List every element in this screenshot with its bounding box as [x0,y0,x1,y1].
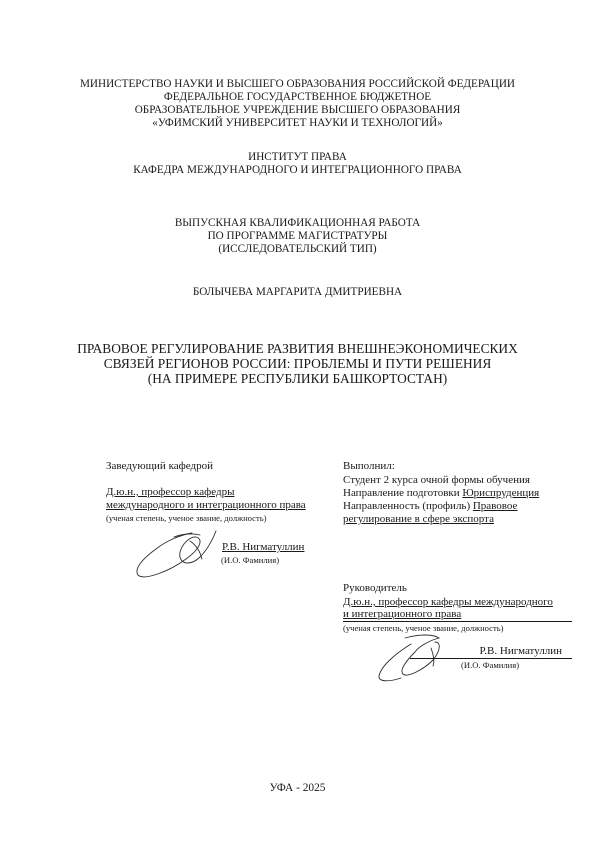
supervisor-name: Р.В. Нигматуллин [480,645,562,657]
ministry-line-3: ОБРАЗОВАТЕЛЬНОЕ УЧРЕЖДЕНИЕ ВЫСШЕГО ОБРАЗ… [0,104,595,117]
university-name: «УФИМСКИЙ УНИВЕРСИТЕТ НАУКИ И ТЕХНОЛОГИЙ… [0,117,595,130]
work-type-line-3: (ИССЛЕДОВАТЕЛЬСКИЙ ТИП) [0,243,595,256]
head-name: Р.В. Нигматуллин [222,541,304,553]
student-line: Студент 2 курса очной формы обучения [343,474,530,486]
profile-value-line-1: Правовое [473,500,518,512]
supervisor-name-line: Р.В. Нигматуллин [410,646,572,659]
supervisor-name-caption: (И.О. Фамилия) [461,660,519,670]
work-type-line-1: ВЫПУСКНАЯ КВАЛИФИКАЦИОННАЯ РАБОТА [0,217,595,230]
signature-icon [130,527,230,582]
department-name: КАФЕДРА МЕЖДУНАРОДНОГО И ИНТЕГРАЦИОННОГО… [0,164,595,177]
supervisor-position-line-2-text: и интеграционного права [343,608,461,620]
direction-label: Направление подготовки [343,487,460,499]
work-type-line-2: ПО ПРОГРАММЕ МАГИСТРАТУРЫ [0,230,595,243]
profile-value-line-2: регулирование в сфере экспорта [343,513,494,525]
profile-label: Направленность (профиль) [343,500,470,512]
ministry-line-2: ФЕДЕРАЛЬНОЕ ГОСУДАРСТВЕННОЕ БЮДЖЕТНОЕ [0,91,595,104]
direction-line: Направление подготовки Юриспруденция [343,487,539,499]
supervisor-position-line-1: Д.ю.н., профессор кафедры международного [343,596,553,608]
profile-line: Направленность (профиль) Правовое [343,500,517,512]
direction-value: Юриспруденция [462,487,539,499]
ministry-line-1: МИНИСТЕРСТВО НАУКИ И ВЫСШЕГО ОБРАЗОВАНИЯ… [0,78,595,91]
thesis-title-line-2: СВЯЗЕЙ РЕГИОНОВ РОССИИ: ПРОБЛЕМЫ И ПУТИ … [0,356,595,371]
head-position-line-2: международного и интеграционного права [106,499,306,511]
city-year: УФА - 2025 [0,782,595,795]
head-position-line-1: Д.ю.н., профессор кафедры [106,486,234,498]
performer-label: Выполнил: [343,460,395,472]
head-label: Заведующий кафедрой [106,460,213,472]
head-name-caption: (И.О. Фамилия) [221,555,279,565]
head-position-caption: (ученая степень, ученое звание, должност… [106,513,267,523]
author-name: БОЛЫЧЕВА МАРГАРИТА ДМИТРИЕВНА [0,286,595,299]
supervisor-position-line-2: и интеграционного права [343,609,572,622]
institute-name: ИНСТИТУТ ПРАВА [0,151,595,164]
supervisor-label: Руководитель [343,582,407,594]
thesis-title-line-3: (НА ПРИМЕРЕ РЕСПУБЛИКИ БАШКОРТОСТАН) [0,371,595,386]
thesis-title-line-1: ПРАВОВОЕ РЕГУЛИРОВАНИЕ РАЗВИТИЯ ВНЕШНЕЭК… [0,341,595,356]
